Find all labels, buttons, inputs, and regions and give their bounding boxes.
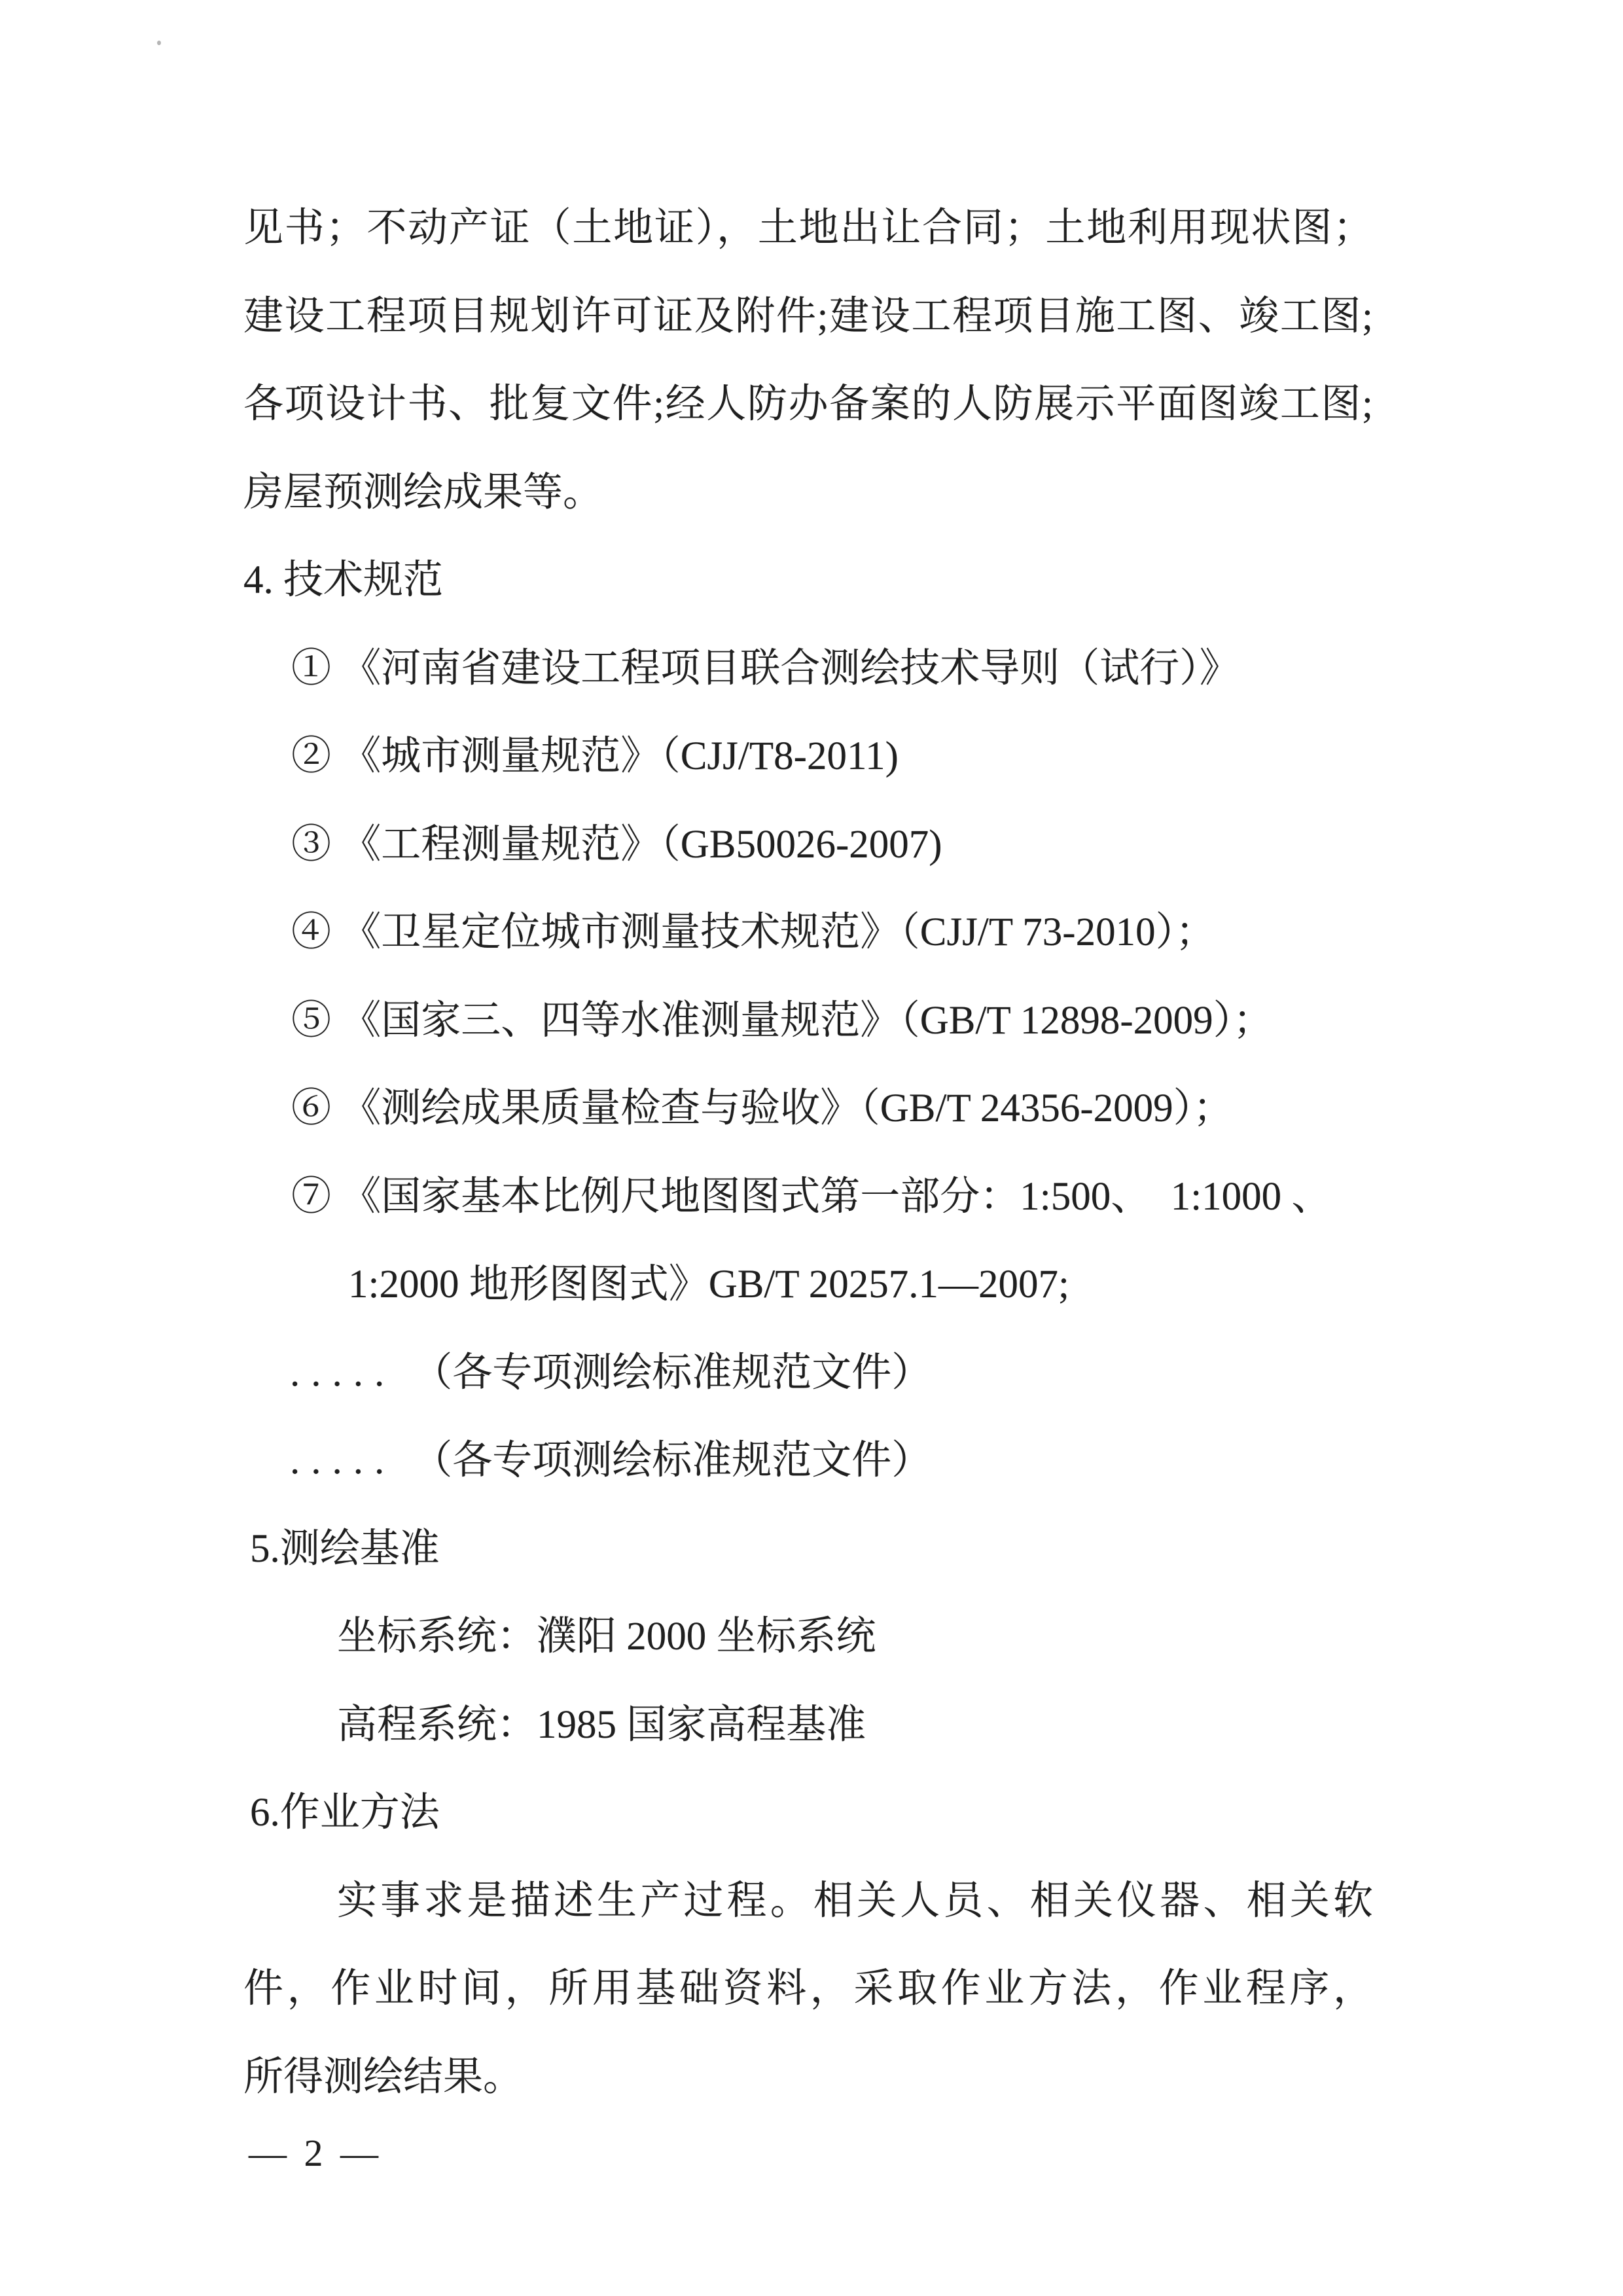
- list-item: ⑦ 《国家基本比例尺地图图式第一部分：1:500、 1:1000 、: [243, 1153, 1373, 1242]
- text-line: 高程系统：1985 国家高程基准: [243, 1681, 1373, 1770]
- list-item-continuation: 1:2000 地形图图式》GB/T 20257.1—2007;: [243, 1241, 1373, 1329]
- text-line: 建设工程项目规划许可证及附件;建设工程项目施工图、竣工图;: [243, 273, 1373, 361]
- text-line: 各项设计书、批复文件;经人防办备案的人防展示平面图竣工图;: [243, 361, 1373, 449]
- page-number: — 2 —: [249, 2123, 382, 2183]
- ellipsis-dots: .....: [290, 1351, 395, 1395]
- scan-artifact: [157, 41, 161, 45]
- placeholder-line: .....（各专项测绘标准规范文件）: [243, 1417, 1373, 1505]
- text-line: 见书；不动产证（土地证），土地出让合同；土地利用现状图；: [243, 185, 1373, 273]
- text-line: 实事求是描述生产过程。相关人员、相关仪器、相关软: [243, 1857, 1373, 1946]
- text-line: 件，作业时间，所用基础资料，采取作业方法，作业程序，: [243, 1945, 1373, 2034]
- placeholder-text: （各专项测绘标准规范文件）: [412, 1351, 931, 1395]
- document-body: 见书；不动产证（土地证），土地出让合同；土地利用现状图； 建设工程项目规划许可证…: [243, 185, 1373, 2121]
- text-line: 所得测绘结果。: [243, 2034, 1373, 2122]
- placeholder-line: .....（各专项测绘标准规范文件）: [243, 1329, 1373, 1418]
- list-item: ① 《河南省建设工程项目联合测绘技术导则（试行）》: [243, 625, 1373, 713]
- text-line: 坐标系统：濮阳 2000 坐标系统: [243, 1593, 1373, 1681]
- text-line: 房屋预测绘成果等。: [243, 449, 1373, 537]
- section-heading: 5.测绘基准: [243, 1505, 1373, 1594]
- section-heading: 6.作业方法: [243, 1769, 1373, 1857]
- list-item: ⑥ 《测绘成果质量检查与验收》（GB/T 24356-2009）；: [243, 1065, 1373, 1153]
- placeholder-text: （各专项测绘标准规范文件）: [412, 1439, 931, 1482]
- document-page: 见书；不动产证（土地证），土地出让合同；土地利用现状图； 建设工程项目规划许可证…: [0, 0, 1623, 2296]
- list-item: ③ 《工程测量规范》（GB50026-2007): [243, 801, 1373, 889]
- list-item: ② 《城市测量规范》（CJJ/T8-2011): [243, 713, 1373, 801]
- list-item: ⑤ 《国家三、四等水准测量规范》（GB/T 12898-2009）；: [243, 977, 1373, 1066]
- section-heading: 4. 技术规范: [243, 537, 1373, 625]
- list-item: ④ 《卫星定位城市测量技术规范》（CJJ/T 73-2010）；: [243, 889, 1373, 977]
- ellipsis-dots: .....: [290, 1439, 395, 1482]
